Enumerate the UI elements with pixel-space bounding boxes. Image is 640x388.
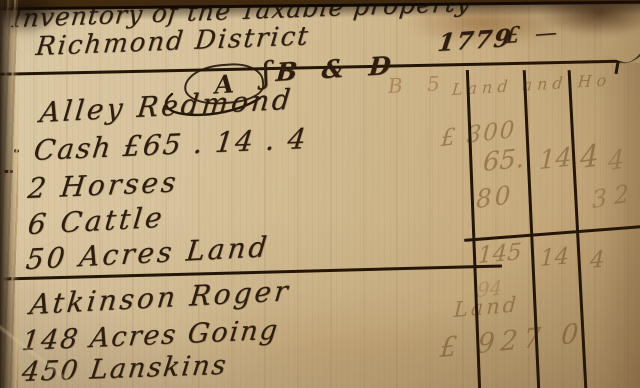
year-value: 1779 — [436, 23, 515, 58]
bleedthrough-sum: 4 — [589, 247, 605, 274]
bleedthrough-value: 4 — [580, 138, 599, 176]
ledger-photo: Land and Ho B 5 £ 300 65. 14 4 4 80 32 1… — [0, 0, 640, 388]
bleedthrough-value: 65. — [482, 144, 524, 179]
entry-horses: 2 Horses — [26, 165, 180, 205]
bleedthrough-value: 80 — [476, 180, 513, 215]
bleedthrough-value: 14 — [538, 142, 572, 176]
bleedthrough-value: 4 — [608, 145, 624, 178]
bleedthrough-sum: 14 — [539, 243, 570, 272]
